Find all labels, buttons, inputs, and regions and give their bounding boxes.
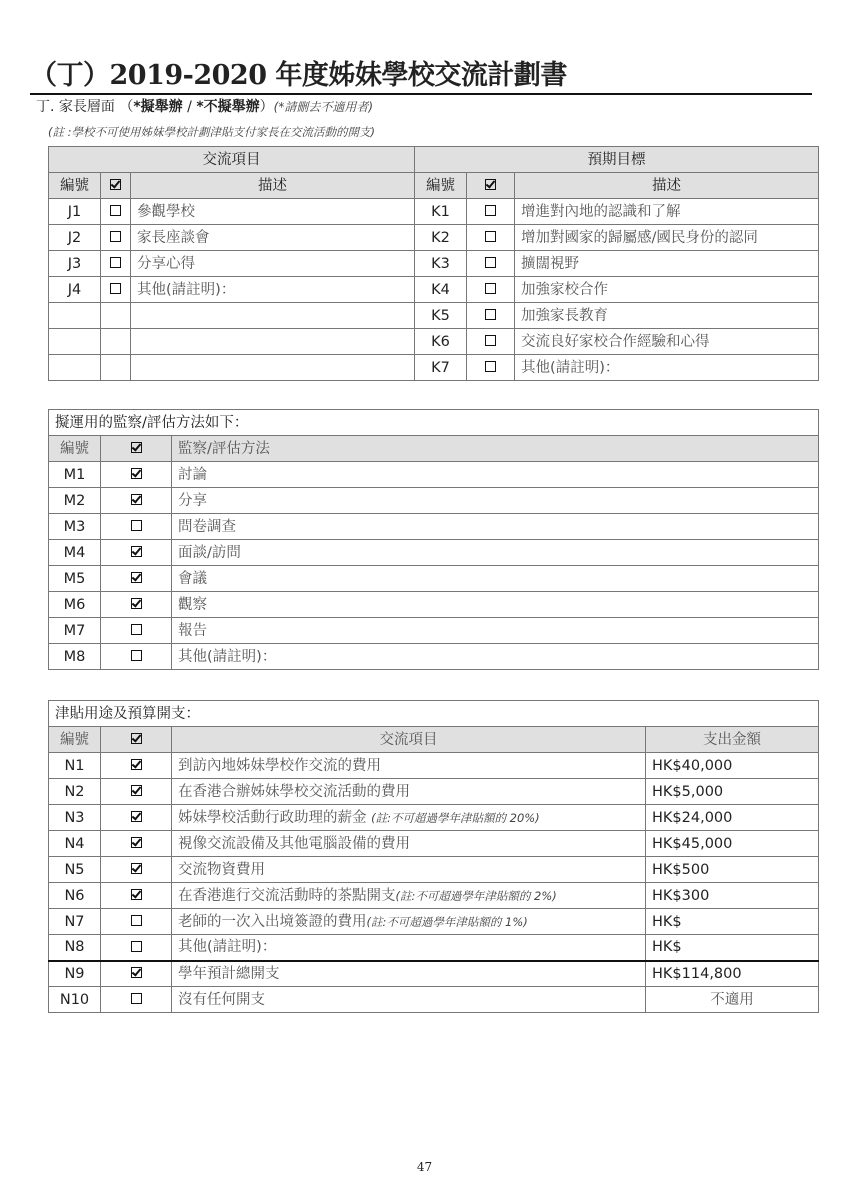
budget-checkbox[interactable] xyxy=(101,909,172,935)
method-name: 會議 xyxy=(172,566,819,592)
method-id: M8 xyxy=(49,644,101,670)
budget-id: N9 xyxy=(49,961,101,987)
checkbox-checked-icon[interactable] xyxy=(131,494,142,505)
activity-id: J4 xyxy=(49,277,101,303)
budget-item-note: (註:不可超過學年津貼額的 20%) xyxy=(371,811,540,825)
table-row: N2在香港合辦姊妹學校交流活動的費用HK$5,000 xyxy=(49,779,819,805)
funding-note: (註 :學校不可使用姊妹學校計劃津貼支付家長在交流活動的開支) xyxy=(48,124,375,140)
table-row: J3 分享心得 K3 擴闊視野 xyxy=(49,251,819,277)
checkbox-icon xyxy=(110,179,121,190)
col-item-header: 交流項目 xyxy=(172,727,646,753)
table-row: M3問卷調查 xyxy=(49,514,819,540)
budget-item-label: 其他(請註明)： xyxy=(178,939,276,955)
activity-desc: 分享心得 xyxy=(131,251,415,277)
budget-checkbox[interactable] xyxy=(101,779,172,805)
checkbox-checked-icon[interactable] xyxy=(131,889,142,900)
checkbox-checked-icon[interactable] xyxy=(131,598,142,609)
budget-checkbox[interactable] xyxy=(101,961,172,987)
activity-checkbox[interactable] xyxy=(101,277,131,303)
checkbox-checked-icon[interactable] xyxy=(131,811,142,822)
table-row: J2 家長座談會 K2 增加對國家的歸屬感/國民身份的認同 xyxy=(49,225,819,251)
empty-cell xyxy=(49,355,101,381)
page-number: 47 xyxy=(0,1160,849,1174)
budget-item-note: (註:不可超過學年津貼額的 2%) xyxy=(396,889,557,903)
empty-cell xyxy=(131,329,415,355)
table-row: N4視像交流設備及其他電腦設備的費用HK$45,000 xyxy=(49,831,819,857)
budget-checkbox[interactable] xyxy=(101,857,172,883)
budget-id: N5 xyxy=(49,857,101,883)
method-id: M7 xyxy=(49,618,101,644)
col-id-header: 編號 xyxy=(415,173,467,199)
checkbox-icon[interactable] xyxy=(131,993,142,1004)
col-id-header: 編號 xyxy=(49,436,101,462)
checkbox-icon[interactable] xyxy=(110,283,121,294)
table-row: N3姊妹學校活動行政助理的薪金 (註:不可超過學年津貼額的 20%)HK$24,… xyxy=(49,805,819,831)
budget-item: 在香港進行交流活動時的茶點開支(註:不可超過學年津貼額的 2%) xyxy=(172,883,646,909)
table-row: N1到訪內地姊妹學校作交流的費用HK$40,000 xyxy=(49,753,819,779)
checkbox-icon[interactable] xyxy=(131,624,142,635)
table-row: N10沒有任何開支不適用 xyxy=(49,987,819,1013)
goal-desc: 增進對內地的認識和了解 xyxy=(515,199,819,225)
checkbox-icon[interactable] xyxy=(485,231,496,242)
goal-id: K1 xyxy=(415,199,467,225)
budget-amount[interactable]: HK$300 xyxy=(646,883,819,909)
checkbox-checked-icon[interactable] xyxy=(131,863,142,874)
table-row: N5交流物資費用HK$500 xyxy=(49,857,819,883)
budget-item-label: 學年預計總開支 xyxy=(178,966,280,982)
budget-amount[interactable]: HK$45,000 xyxy=(646,831,819,857)
budget-checkbox[interactable] xyxy=(101,935,172,961)
checkbox-checked-icon[interactable] xyxy=(131,546,142,557)
budget-item: 學年預計總開支 xyxy=(172,961,646,987)
budget-item-note: (註:不可超過學年津貼額的 1%) xyxy=(367,915,528,929)
checkbox-icon xyxy=(131,733,142,744)
col-check-header xyxy=(101,436,172,462)
table-row-total: N9學年預計總開支HK$114,800 xyxy=(49,961,819,987)
budget-id: N6 xyxy=(49,883,101,909)
checkbox-checked-icon[interactable] xyxy=(131,468,142,479)
goal-desc: 擴闊視野 xyxy=(515,251,819,277)
method-name: 報告 xyxy=(172,618,819,644)
method-id: M4 xyxy=(49,540,101,566)
method-id: M3 xyxy=(49,514,101,540)
activity-desc: 家長座談會 xyxy=(131,225,415,251)
budget-checkbox[interactable] xyxy=(101,753,172,779)
empty-cell xyxy=(49,303,101,329)
goal-desc: 其他(請註明)： xyxy=(515,355,819,381)
empty-cell xyxy=(101,329,131,355)
budget-checkbox[interactable] xyxy=(101,805,172,831)
col-check-header xyxy=(467,173,515,199)
goal-desc: 加強家校合作 xyxy=(515,277,819,303)
goal-id: K3 xyxy=(415,251,467,277)
method-checkbox[interactable] xyxy=(101,540,172,566)
goal-desc: 加強家長教育 xyxy=(515,303,819,329)
col-desc-header: 描述 xyxy=(131,173,415,199)
goal-checkbox[interactable] xyxy=(467,199,515,225)
budget-amount[interactable]: HK$ xyxy=(646,935,819,961)
table-row: K7 其他(請註明)： xyxy=(49,355,819,381)
goal-checkbox[interactable] xyxy=(467,251,515,277)
empty-cell xyxy=(101,355,131,381)
goal-id: K5 xyxy=(415,303,467,329)
checkbox-icon[interactable] xyxy=(485,361,496,372)
table-row: J1 參觀學校 K1 增進對內地的認識和了解 xyxy=(49,199,819,225)
col-check-header xyxy=(101,173,131,199)
checkbox-icon[interactable] xyxy=(131,915,142,926)
checkbox-checked-icon[interactable] xyxy=(131,572,142,583)
method-checkbox[interactable] xyxy=(101,644,172,670)
budget-amount[interactable]: 不適用 xyxy=(646,987,819,1013)
checkbox-icon[interactable] xyxy=(485,309,496,320)
goal-checkbox[interactable] xyxy=(467,355,515,381)
option-organize[interactable]: *擬舉辦 xyxy=(133,99,182,115)
method-checkbox[interactable] xyxy=(101,514,172,540)
budget-item: 老師的一次入出境簽證的費用(註:不可超過學年津貼額的 1%) xyxy=(172,909,646,935)
monitoring-title: 擬運用的監察/評估方法如下： xyxy=(49,410,819,436)
budget-item: 視像交流設備及其他電腦設備的費用 xyxy=(172,831,646,857)
col-amount-header: 支出金額 xyxy=(646,727,819,753)
goal-id: K2 xyxy=(415,225,467,251)
activity-id: J1 xyxy=(49,199,101,225)
goal-checkbox[interactable] xyxy=(467,303,515,329)
budget-item-label: 視像交流設備及其他電腦設備的費用 xyxy=(178,836,410,852)
table-row: K6 交流良好家校合作經驗和心得 xyxy=(49,329,819,355)
method-name: 觀察 xyxy=(172,592,819,618)
method-name: 討論 xyxy=(172,462,819,488)
budget-item-label: 在香港進行交流活動時的茶點開支 xyxy=(178,888,396,904)
budget-item: 其他(請註明)： xyxy=(172,935,646,961)
goal-checkbox[interactable] xyxy=(467,329,515,355)
section-subtitle: 丁. 家長層面 （*擬舉辦 / *不擬舉辦）(*請刪去不適用者) xyxy=(36,98,373,116)
budget-id: N8 xyxy=(49,935,101,961)
section-label: 丁. 家長層面 （ xyxy=(36,99,133,115)
budget-item-label: 交流物資費用 xyxy=(178,862,265,878)
checkbox-icon[interactable] xyxy=(131,650,142,661)
table-row: J4 其他(請註明)： K4 加強家校合作 xyxy=(49,277,819,303)
budget-amount[interactable]: HK$500 xyxy=(646,857,819,883)
budget-checkbox[interactable] xyxy=(101,987,172,1013)
activity-checkbox[interactable] xyxy=(101,251,131,277)
budget-amount[interactable]: HK$24,000 xyxy=(646,805,819,831)
col-check-header xyxy=(101,727,172,753)
table-row: N8其他(請註明)：HK$ xyxy=(49,935,819,961)
budget-total-amount[interactable]: HK$114,800 xyxy=(646,961,819,987)
goal-id: K7 xyxy=(415,355,467,381)
budget-amount[interactable]: HK$ xyxy=(646,909,819,935)
table-row: M2分享 xyxy=(49,488,819,514)
budget-item-label: 沒有任何開支 xyxy=(178,992,265,1008)
method-checkbox[interactable] xyxy=(101,488,172,514)
budget-id: N2 xyxy=(49,779,101,805)
activity-checkbox[interactable] xyxy=(101,225,131,251)
table-row: M7報告 xyxy=(49,618,819,644)
checkbox-icon xyxy=(485,179,496,190)
checkbox-checked-icon[interactable] xyxy=(131,785,142,796)
table-row: M8其他(請註明)： xyxy=(49,644,819,670)
checkbox-icon[interactable] xyxy=(485,335,496,346)
budget-id: N7 xyxy=(49,909,101,935)
empty-cell xyxy=(49,329,101,355)
method-checkbox[interactable] xyxy=(101,462,172,488)
budget-amount[interactable]: HK$5,000 xyxy=(646,779,819,805)
goal-id: K4 xyxy=(415,277,467,303)
method-checkbox[interactable] xyxy=(101,592,172,618)
goals-header: 預期目標 xyxy=(415,147,819,173)
activity-id: J2 xyxy=(49,225,101,251)
budget-item: 在香港合辦姊妹學校交流活動的費用 xyxy=(172,779,646,805)
budget-title: 津貼用途及預算開支： xyxy=(49,701,819,727)
budget-item: 姊妹學校活動行政助理的薪金 (註:不可超過學年津貼額的 20%) xyxy=(172,805,646,831)
budget-item-label: 老師的一次入出境簽證的費用 xyxy=(178,914,367,930)
budget-checkbox[interactable] xyxy=(101,883,172,909)
checkbox-checked-icon[interactable] xyxy=(131,759,142,770)
subtitle-suffix: ） xyxy=(260,99,274,115)
col-id-header: 編號 xyxy=(49,727,101,753)
table-row: N6在香港進行交流活動時的茶點開支(註:不可超過學年津貼額的 2%)HK$300 xyxy=(49,883,819,909)
method-checkbox[interactable] xyxy=(101,566,172,592)
method-checkbox[interactable] xyxy=(101,618,172,644)
method-id: M2 xyxy=(49,488,101,514)
col-method-header: 監察/評估方法 xyxy=(172,436,819,462)
budget-item-label: 姊妹學校活動行政助理的薪金 xyxy=(178,810,371,826)
method-id: M6 xyxy=(49,592,101,618)
table-row: M6觀察 xyxy=(49,592,819,618)
method-id: M1 xyxy=(49,462,101,488)
activities-goals-table: 交流項目 預期目標 編號 描述 編號 描述 J1 參觀學校 K1 增進對內地的認… xyxy=(48,146,819,381)
budget-id: N1 xyxy=(49,753,101,779)
checkbox-icon[interactable] xyxy=(131,520,142,531)
goal-checkbox[interactable] xyxy=(467,277,515,303)
budget-amount[interactable]: HK$40,000 xyxy=(646,753,819,779)
delete-instruction: (*請刪去不適用者) xyxy=(274,100,373,114)
activity-id: J3 xyxy=(49,251,101,277)
budget-item: 交流物資費用 xyxy=(172,857,646,883)
col-id-header: 編號 xyxy=(49,173,101,199)
checkbox-icon[interactable] xyxy=(131,941,142,952)
method-name: 問卷調查 xyxy=(172,514,819,540)
empty-cell xyxy=(101,303,131,329)
checkbox-icon[interactable] xyxy=(110,231,121,242)
budget-id: N3 xyxy=(49,805,101,831)
empty-cell xyxy=(131,303,415,329)
budget-id: N10 xyxy=(49,987,101,1013)
method-id: M5 xyxy=(49,566,101,592)
checkbox-icon[interactable] xyxy=(485,205,496,216)
col-desc-header: 描述 xyxy=(515,173,819,199)
checkbox-icon[interactable] xyxy=(110,205,121,216)
method-name: 面談/訪問 xyxy=(172,540,819,566)
table-row: M4面談/訪問 xyxy=(49,540,819,566)
budget-checkbox[interactable] xyxy=(101,831,172,857)
budget-table: 津貼用途及預算開支： 編號 交流項目 支出金額 N1到訪內地姊妹學校作交流的費用… xyxy=(48,700,819,1013)
activity-checkbox[interactable] xyxy=(101,199,131,225)
method-name: 分享 xyxy=(172,488,819,514)
empty-cell xyxy=(131,355,415,381)
activity-desc: 參觀學校 xyxy=(131,199,415,225)
goal-checkbox[interactable] xyxy=(467,225,515,251)
budget-item: 沒有任何開支 xyxy=(172,987,646,1013)
option-separator: / xyxy=(183,99,197,115)
checkbox-icon xyxy=(131,442,142,453)
budget-item: 到訪內地姊妹學校作交流的費用 xyxy=(172,753,646,779)
option-not-organize[interactable]: *不擬舉辦 xyxy=(196,99,259,115)
checkbox-checked-icon[interactable] xyxy=(131,837,142,848)
checkbox-icon[interactable] xyxy=(485,257,496,268)
checkbox-checked-icon[interactable] xyxy=(131,967,142,978)
budget-id: N4 xyxy=(49,831,101,857)
goal-desc: 增加對國家的歸屬感/國民身份的認同 xyxy=(515,225,819,251)
activities-header: 交流項目 xyxy=(49,147,415,173)
monitoring-table: 擬運用的監察/評估方法如下： 編號 監察/評估方法 M1討論 M2分享 M3問卷… xyxy=(48,409,819,670)
checkbox-icon[interactable] xyxy=(485,283,496,294)
budget-item-label: 在香港合辦姊妹學校交流活動的費用 xyxy=(178,784,410,800)
goal-id: K6 xyxy=(415,329,467,355)
budget-item-label: 到訪內地姊妹學校作交流的費用 xyxy=(178,758,381,774)
activity-desc: 其他(請註明)： xyxy=(131,277,415,303)
table-row: M1討論 xyxy=(49,462,819,488)
goal-desc: 交流良好家校合作經驗和心得 xyxy=(515,329,819,355)
table-row: M5會議 xyxy=(49,566,819,592)
table-row: K5 加強家長教育 xyxy=(49,303,819,329)
page-title: （丁）2019-2020 年度姊妹學校交流計劃書 xyxy=(30,60,812,95)
method-name: 其他(請註明)： xyxy=(172,644,819,670)
checkbox-icon[interactable] xyxy=(110,257,121,268)
table-row: N7老師的一次入出境簽證的費用(註:不可超過學年津貼額的 1%)HK$ xyxy=(49,909,819,935)
